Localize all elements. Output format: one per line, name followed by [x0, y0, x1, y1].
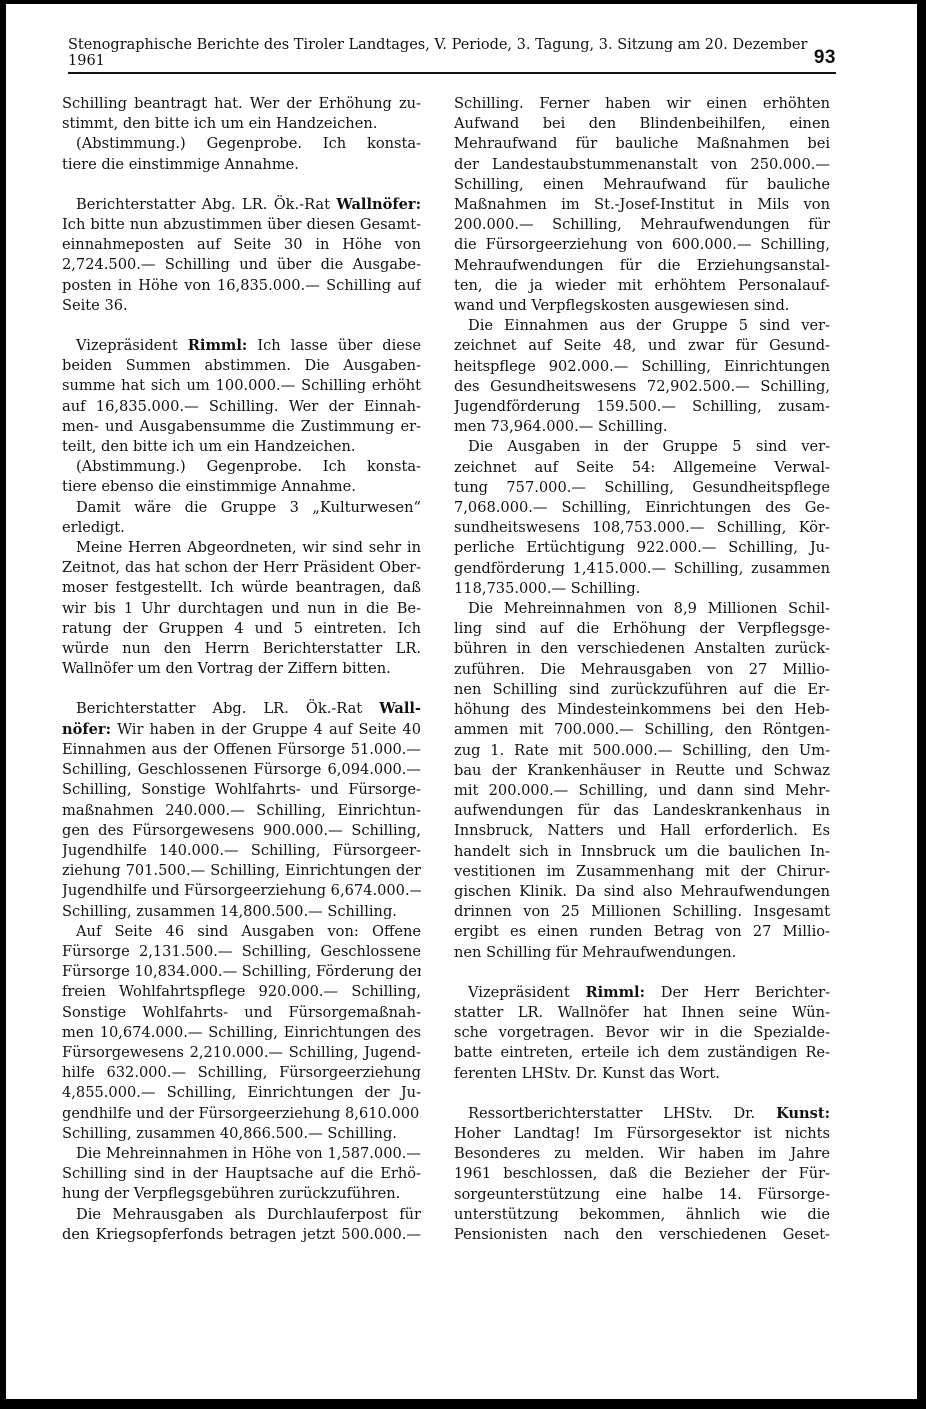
paragraph: Die Mehreinnahmen von 8,9 Millionen Schi…	[454, 599, 830, 963]
text-line: Die Einnahmen aus der Gruppe 5 sind ver-	[454, 316, 830, 336]
speaker-name: Wallnöfer:	[336, 196, 421, 213]
text-line: tung 757.000.— Schilling, Gesundheitspfl…	[454, 478, 830, 498]
speaker-line: Vizepräsident Rimml: Ich lasse über dies…	[62, 336, 421, 356]
text-line: einnahmeposten auf Seite 30 in Höhe von	[62, 235, 421, 255]
text-line: hilfe 632.000.— Schilling, Fürsorgeerzie…	[62, 1063, 421, 1083]
text-line: ammen mit 700.000.— Schilling, den Röntg…	[454, 720, 830, 740]
speaker-line: Vizepräsident Rimml: Der Herr Berichter-	[454, 983, 830, 1003]
text-line: Maßnahmen im St.-Josef-Institut in Mils …	[454, 195, 830, 215]
text-line: 1961 beschlossen, daß die Bezieher der F…	[454, 1164, 830, 1184]
text-line: Schilling sind in der Hauptsache auf die…	[62, 1164, 421, 1184]
text-line: 200.000.— Schilling, Mehraufwendungen fü…	[454, 215, 830, 235]
text-line: Sonstige Wohlfahrts- und Fürsorgemaßnah-	[62, 1003, 421, 1023]
text-line: Wallnöfer um den Vortrag der Ziffern bit…	[62, 659, 421, 679]
speaker-name: nöfer:	[62, 721, 111, 738]
text-line: men 73,964.000.— Schilling.	[454, 417, 830, 437]
text-line: Schilling, zusammen 14,800.500.— Schilli…	[62, 902, 421, 922]
text-line: (Abstimmung.) Gegenprobe. Ich konsta-	[62, 457, 421, 477]
text-line: des Gesundheitswesens 72,902.500.— Schil…	[454, 377, 830, 397]
right-column: Schilling. Ferner haben wir einen erhöht…	[454, 94, 830, 1245]
paragraph: Schilling beantragt hat. Wer der Erhöhun…	[62, 94, 421, 134]
text-line: Fürsorge 10,834.000.— Schilling, Förderu…	[62, 962, 421, 982]
text-line: Die Mehreinnahmen von 8,9 Millionen Schi…	[454, 599, 830, 619]
text-line: Zeitnot, das hat schon der Herr Präsiden…	[62, 558, 421, 578]
text-line: nöfer: Wir haben in der Gruppe 4 auf Sei…	[62, 720, 421, 740]
text-line: Schilling, einen Mehraufwand für baulich…	[454, 175, 830, 195]
speaker-name: Wall-	[379, 700, 421, 717]
text-line: höhung des Mindesteinkommens bei den Heb…	[454, 700, 830, 720]
text-line: zug 1. Rate mit 500.000.— Schilling, den…	[454, 741, 830, 761]
text-line: erledigt.	[62, 518, 421, 538]
text-line: Schilling, Sonstige Wohlfahrts- und Fürs…	[62, 780, 421, 800]
text-line: Schilling, Geschlossenen Fürsorge 6,094.…	[62, 760, 421, 780]
text-line: Mehraufwendungen für die Erziehungsansta…	[454, 256, 830, 276]
text-line: stimmt, den bitte ich um ein Handzeichen…	[62, 114, 421, 134]
speaker-name: Rimml:	[586, 984, 646, 1001]
text-line: ten, die ja wieder mit erhöhtem Personal…	[454, 276, 830, 296]
speech-rimml: Vizepräsident Rimml: Ich lasse über dies…	[62, 336, 421, 457]
text-line: moser festgestellt. Ich würde beantragen…	[62, 578, 421, 598]
text-fragment: Ich lasse über diese	[257, 337, 421, 354]
speaker-title: Berichterstatter Abg. LR. Ök.-Rat	[76, 700, 362, 717]
text-line: Ich bitte nun abzustimmen über diesen Ge…	[62, 215, 421, 235]
text-line: 4,855.000.— Schilling, Einrichtungen der…	[62, 1083, 421, 1103]
text-line: bau der Krankenhäuser in Reutte und Schw…	[454, 761, 830, 781]
text-line: Die Mehrausgaben als Durchlauferpost für	[62, 1205, 421, 1225]
text-line: zuführen. Die Mehrausgaben von 27 Millio…	[454, 660, 830, 680]
page-number: 93	[814, 47, 836, 69]
text-line: Schilling beantragt hat. Wer der Erhöhun…	[62, 94, 421, 114]
text-line: Die Ausgaben in der Gruppe 5 sind ver-	[454, 437, 830, 457]
speech-rimml: Vizepräsident Rimml: Der Herr Berichter-…	[454, 983, 830, 1084]
text-line: 7,068.000.— Schilling, Einrichtungen des…	[454, 498, 830, 518]
text-line: nen Schilling für Mehraufwendungen.	[454, 943, 830, 963]
text-line: Schilling, zusammen 40,866.500.— Schilli…	[62, 1124, 421, 1144]
text-line: Mehraufwand für bauliche Maßnahmen bei	[454, 134, 830, 154]
text-line: zeichnet auf Seite 48, und zwar für Gesu…	[454, 336, 830, 356]
document-page: Stenographische Berichte des Tiroler Lan…	[6, 4, 917, 1399]
text-line: mit 200.000.— Schilling, und dann sind M…	[454, 781, 830, 801]
text-line: gischen Klinik. Da sind also Mehraufwend…	[454, 882, 830, 902]
text-fragment: Wir haben in der Gruppe 4 auf Seite 40	[117, 721, 421, 738]
text-line: Meine Herren Abgeordneten, wir sind sehr…	[62, 538, 421, 558]
text-line: auf 16,835.000.— Schilling. Wer der Einn…	[62, 397, 421, 417]
paragraph: Auf Seite 46 sind Ausgaben von: Offene F…	[62, 922, 421, 1144]
text-line: ratung der Gruppen 4 und 5 eintreten. Ic…	[62, 619, 421, 639]
text-line: zeichnet auf Seite 54: Allgemeine Verwal…	[454, 458, 830, 478]
text-line: maßnahmen 240.000.— Schilling, Einrichtu…	[62, 801, 421, 821]
text-line: 118,735.000.— Schilling.	[454, 579, 830, 599]
text-line: würde nun den Herrn Berichterstatter LR.	[62, 639, 421, 659]
text-line: unterstützung bekommen, ähnlich wie die	[454, 1205, 830, 1225]
paragraph: Damit wäre die Gruppe 3 „Kulturwesen“ er…	[62, 498, 421, 538]
text-line: sundheitswesens 108,753.000.— Schilling,…	[454, 518, 830, 538]
text-line: den Kriegsopferfonds betragen jetzt 500.…	[62, 1225, 421, 1245]
text-line: Schilling. Ferner haben wir einen erhöht…	[454, 94, 830, 114]
speaker-line: Berichterstatter Abg. LR. Ök.-Rat Wall-	[62, 699, 421, 719]
text-line: der Landestaubstummenanstalt von 250.000…	[454, 155, 830, 175]
text-line: wand und Verpflegskosten ausgewiesen sin…	[454, 296, 830, 316]
text-line: ergibt es einen runden Betrag von 27 Mil…	[454, 922, 830, 942]
paragraph: Die Ausgaben in der Gruppe 5 sind ver- z…	[454, 437, 830, 599]
paragraph: Die Mehrausgaben als Durchlauferpost für…	[62, 1205, 421, 1245]
speech-kunst: Ressortberichterstatter LHStv. Dr. Kunst…	[454, 1104, 830, 1245]
text-line: Aufwand bei den Blindenbeihilfen, einen	[454, 114, 830, 134]
paragraph-vote-note: (Abstimmung.) Gegenprobe. Ich konsta- ti…	[62, 134, 421, 174]
text-line: drinnen von 25 Millionen Schilling. Insg…	[454, 902, 830, 922]
text-line: ling sind auf die Erhöhung der Verpflegs…	[454, 619, 830, 639]
paragraph-vote-note: (Abstimmung.) Gegenprobe. Ich konsta- ti…	[62, 457, 421, 497]
text-line: nen Schilling sind zurückzuführen auf di…	[454, 680, 830, 700]
text-line: men- und Ausgabensumme die Zustimmung er…	[62, 417, 421, 437]
speaker-title: Vizepräsident	[76, 337, 178, 354]
text-line: men 10,674.000.— Schilling, Einrichtunge…	[62, 1023, 421, 1043]
paragraph: Meine Herren Abgeordneten, wir sind sehr…	[62, 538, 421, 679]
text-line: aufwendungen für das Landeskrankenhaus i…	[454, 801, 830, 821]
paragraph: Die Mehreinnahmen in Höhe von 1,587.000.…	[62, 1144, 421, 1205]
text-line: handelt sich in Innsbruck um die baulich…	[454, 842, 830, 862]
text-line: Fürsorgewesens 2,210.000.— Schilling, Ju…	[62, 1043, 421, 1063]
text-line: (Abstimmung.) Gegenprobe. Ich konsta-	[62, 134, 421, 154]
speech-wallnoefer-figures: Berichterstatter Abg. LR. Ök.-Rat Wall- …	[62, 699, 421, 921]
text-line: Jugendhilfe und Fürsorgeerziehung 6,674.…	[62, 881, 421, 901]
text-line: gendförderung 1,415.000.— Schilling, zus…	[454, 559, 830, 579]
text-line: summe hat sich um 100.000.— Schilling er…	[62, 376, 421, 396]
text-line: freien Wohlfahrtspflege 920.000.— Schill…	[62, 982, 421, 1002]
text-line: Die Mehreinnahmen in Höhe von 1,587.000.…	[62, 1144, 421, 1164]
text-line: Jugendhilfe 140.000.— Schilling, Fürsorg…	[62, 841, 421, 861]
header-title: Stenographische Berichte des Tiroler Lan…	[68, 37, 814, 69]
running-header: Stenographische Berichte des Tiroler Lan…	[68, 44, 836, 74]
paragraph: Die Einnahmen aus der Gruppe 5 sind ver-…	[454, 316, 830, 437]
text-line: Pensionisten nach den verschiedenen Gese…	[454, 1225, 830, 1245]
text-line: ferenten LHStv. Dr. Kunst das Wort.	[454, 1064, 830, 1084]
speaker-title: Berichterstatter Abg. LR. Ök.-Rat	[76, 196, 330, 213]
text-line: Jugendförderung 159.500.— Schilling, zus…	[454, 397, 830, 417]
text-line: hung der Verpflegsgebühren zurückzuführe…	[62, 1184, 421, 1204]
speaker-line: Berichterstatter Abg. LR. Ök.-Rat Wallnö…	[62, 195, 421, 215]
text-line: vestitionen im Zusammenhang mit der Chir…	[454, 862, 830, 882]
text-line: sorgeunterstützung eine halbe 14. Fürsor…	[454, 1185, 830, 1205]
text-fragment: Der Herr Berichter-	[661, 984, 830, 1001]
text-line: sche vorgetragen. Bevor wir in die Spezi…	[454, 1023, 830, 1043]
text-line: Besonderes zu melden. Wir haben im Jahre	[454, 1144, 830, 1164]
paragraph: Schilling. Ferner haben wir einen erhöht…	[454, 94, 830, 316]
text-line: gen des Fürsorgewesens 900.000.— Schilli…	[62, 821, 421, 841]
text-line: 2,724.500.— Schilling und über die Ausga…	[62, 255, 421, 275]
text-line: beiden Summen abstimmen. Die Ausgaben-	[62, 356, 421, 376]
text-line: Auf Seite 46 sind Ausgaben von: Offene	[62, 922, 421, 942]
text-line: wir bis 1 Uhr durchtagen und nun in die …	[62, 599, 421, 619]
text-line: heitspflege 902.000.— Schilling, Einrich…	[454, 357, 830, 377]
speech-wallnoefer: Berichterstatter Abg. LR. Ök.-Rat Wallnö…	[62, 195, 421, 316]
text-line: gendhilfe und der Fürsorgeerziehung 8,61…	[62, 1104, 421, 1124]
left-column: Schilling beantragt hat. Wer der Erhöhun…	[62, 94, 421, 1245]
text-line: perliche Ertüchtigung 922.000.— Schillin…	[454, 538, 830, 558]
text-line: ziehung 701.500.— Schilling, Einrichtung…	[62, 861, 421, 881]
text-line: Damit wäre die Gruppe 3 „Kulturwesen“	[62, 498, 421, 518]
text-line: Innsbruck, Natters und Hall erforderlich…	[454, 821, 830, 841]
speaker-line: Ressortberichterstatter LHStv. Dr. Kunst…	[454, 1104, 830, 1124]
text-line: tiere ebenso die einstimmige Annahme.	[62, 477, 421, 497]
speaker-name: Kunst:	[776, 1105, 830, 1122]
speaker-title: Vizepräsident	[468, 984, 570, 1001]
text-line: Einnahmen aus der Offenen Fürsorge 51.00…	[62, 740, 421, 760]
speaker-name: Rimml:	[188, 337, 248, 354]
text-line: posten in Höhe von 16,835.000.— Schillin…	[62, 276, 421, 296]
text-line: tiere die einstimmige Annahme.	[62, 155, 421, 175]
text-line: statter LR. Wallnöfer hat Ihnen seine Wü…	[454, 1003, 830, 1023]
text-line: Fürsorge 2,131.500.— Schilling, Geschlos…	[62, 942, 421, 962]
text-line: Hoher Landtag! Im Fürsorgesektor ist nic…	[454, 1124, 830, 1144]
text-line: Seite 36.	[62, 296, 421, 316]
speaker-title: Ressortberichterstatter LHStv. Dr.	[468, 1105, 755, 1122]
text-line: die Fürsorgeerziehung von 600.000.— Schi…	[454, 235, 830, 255]
text-line: bühren in den verschiedenen Anstalten zu…	[454, 639, 830, 659]
text-line: batte eintreten, erteile ich dem zuständ…	[454, 1043, 830, 1063]
text-line: teilt, den bitte ich um ein Handzeichen.	[62, 437, 421, 457]
